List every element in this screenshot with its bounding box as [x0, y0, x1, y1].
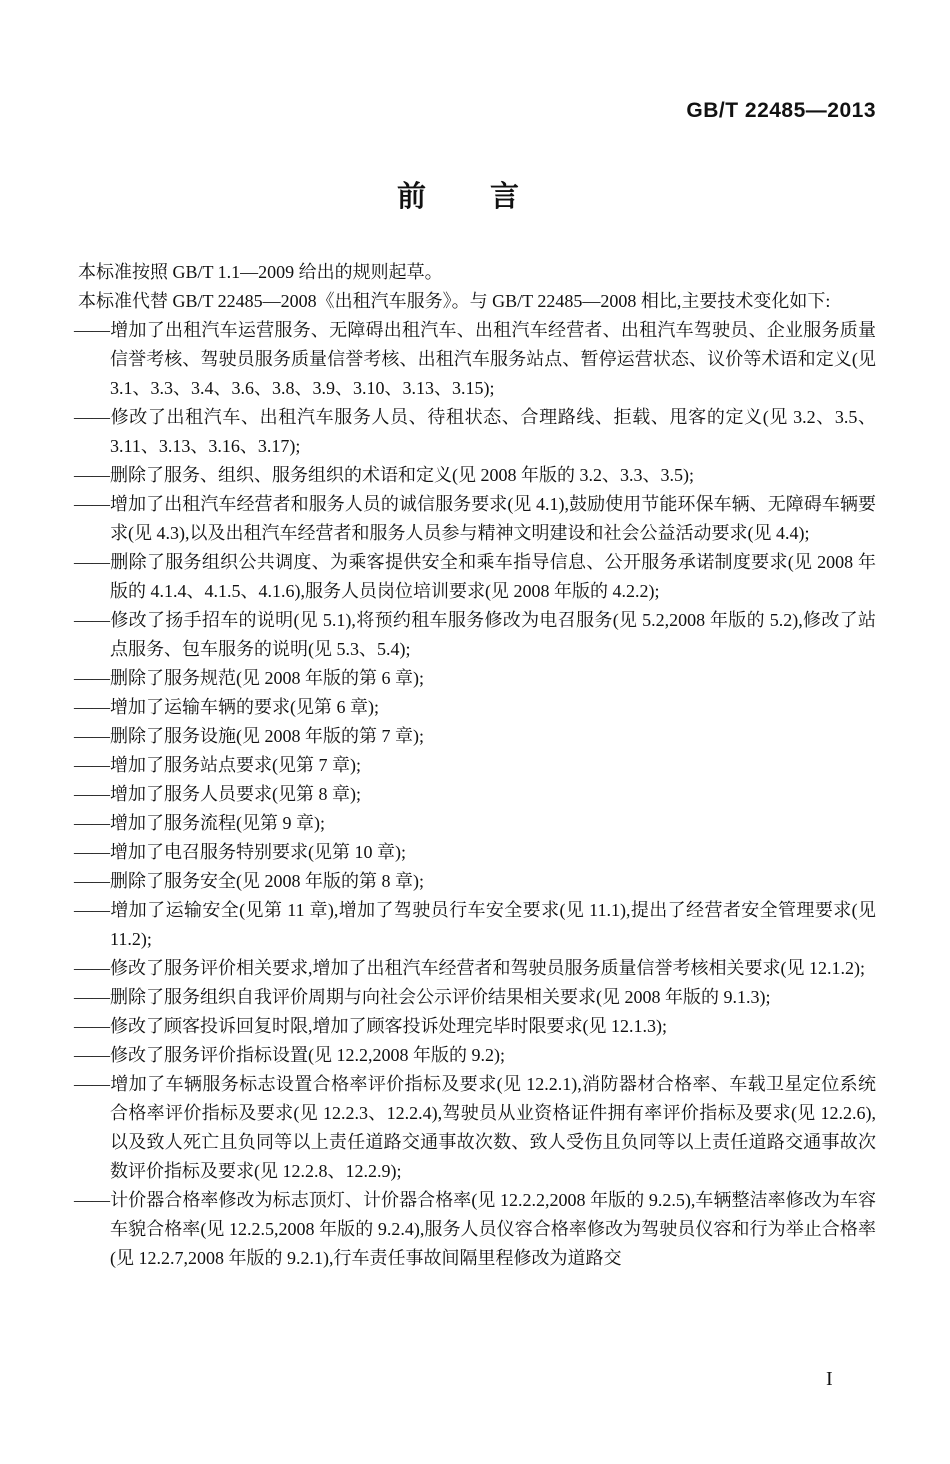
changes-list: ——增加了出租汽车运营服务、无障碍出租汽车、出租汽车经营者、出租汽车驾驶员、企业…	[74, 316, 876, 1273]
change-item: ——增加了电召服务特别要求(见第 10 章);	[74, 838, 876, 867]
change-item: ——计价器合格率修改为标志顶灯、计价器合格率(见 12.2.2,2008 年版的…	[74, 1186, 876, 1273]
change-item: ——增加了出租汽车运营服务、无障碍出租汽车、出租汽车经营者、出租汽车驾驶员、企业…	[74, 316, 876, 403]
change-item: ——增加了运输安全(见第 11 章),增加了驾驶员行车安全要求(见 11.1),…	[74, 896, 876, 954]
change-item: ——增加了服务流程(见第 9 章);	[74, 809, 876, 838]
change-item: ——删除了服务设施(见 2008 年版的第 7 章);	[74, 722, 876, 751]
change-item: ——删除了服务、组织、服务组织的术语和定义(见 2008 年版的 3.2、3.3…	[74, 461, 876, 490]
change-item: ——删除了服务组织公共调度、为乘客提供安全和乘车指导信息、公开服务承诺制度要求(…	[74, 548, 876, 606]
intro-paragraph-1: 本标准按照 GB/T 1.1—2009 给出的规则起草。	[42, 258, 876, 287]
change-item: ——修改了出租汽车、出租汽车服务人员、待租状态、合理路线、拒载、甩客的定义(见 …	[74, 403, 876, 461]
standard-number: GB/T 22485—2013	[42, 100, 876, 121]
change-item: ——增加了运输车辆的要求(见第 6 章);	[74, 693, 876, 722]
page-number: I	[826, 1368, 833, 1391]
change-item: ——修改了顾客投诉回复时限,增加了顾客投诉处理完毕时限要求(见 12.1.3);	[74, 1012, 876, 1041]
change-item: ——修改了服务评价指标设置(见 12.2,2008 年版的 9.2);	[74, 1041, 876, 1070]
change-item: ——增加了出租汽车经营者和服务人员的诚信服务要求(见 4.1),鼓励使用节能环保…	[74, 490, 876, 548]
change-item: ——修改了扬手招车的说明(见 5.1),将预约租车服务修改为电召服务(见 5.2…	[74, 606, 876, 664]
change-item: ——增加了车辆服务标志设置合格率评价指标及要求(见 12.2.1),消防器材合格…	[74, 1070, 876, 1186]
change-item: ——增加了服务人员要求(见第 8 章);	[74, 780, 876, 809]
change-item: ——删除了服务安全(见 2008 年版的第 8 章);	[74, 867, 876, 896]
page-title: 前 言	[42, 183, 876, 212]
change-item: ——删除了服务规范(见 2008 年版的第 6 章);	[74, 664, 876, 693]
change-item: ——修改了服务评价相关要求,增加了出租汽车经营者和驾驶员服务质量信誉考核相关要求…	[74, 954, 876, 983]
foreword-body: 本标准按照 GB/T 1.1—2009 给出的规则起草。 本标准代替 GB/T …	[42, 258, 876, 1273]
change-item: ——删除了服务组织自我评价周期与向社会公示评价结果相关要求(见 2008 年版的…	[74, 983, 876, 1012]
intro-paragraph-2: 本标准代替 GB/T 22485—2008《出租汽车服务》。与 GB/T 224…	[42, 287, 876, 316]
document-page: GB/T 22485—2013 前 言 本标准按照 GB/T 1.1—2009 …	[0, 0, 950, 1464]
change-item: ——增加了服务站点要求(见第 7 章);	[74, 751, 876, 780]
